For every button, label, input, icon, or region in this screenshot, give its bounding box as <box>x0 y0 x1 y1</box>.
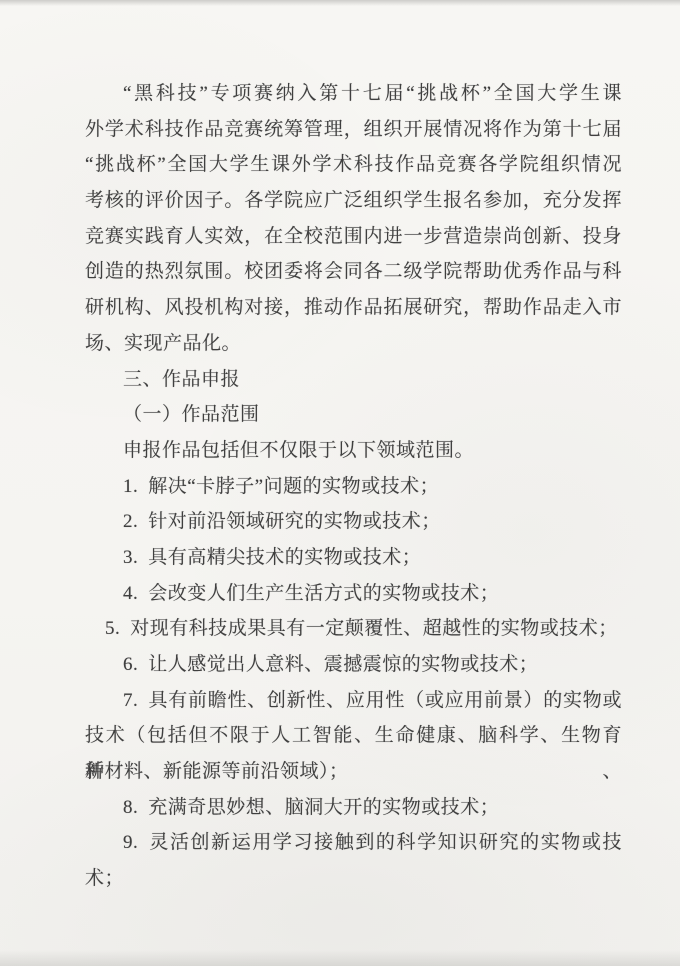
intro-paragraph-line: 外学术科技作品竞赛统筹管理，组织开展情况将作为第十七届 <box>85 112 622 148</box>
scanned-document-page: “黑科技”专项赛纳入第十七届“挑战杯”全国大学生课 外学术科技作品竞赛统筹管理，… <box>0 0 680 966</box>
list-item-1: 1. 解决“卡脖子”问题的实物或技术； <box>85 469 622 505</box>
intro-paragraph-line: “挑战杯”全国大学生课外学术科技作品竞赛各学院组织情况 <box>85 147 622 183</box>
scope-intro-line: 申报作品包括但不仅限于以下领域范围。 <box>85 433 622 469</box>
list-item-7-line-2: 技术（包括但不限于人工智能、生命健康、脑科学、生物育种、 <box>85 718 622 754</box>
intro-paragraph-line: 创造的热烈氛围。校团委将会同各二级学院帮助优秀作品与科 <box>85 254 622 290</box>
list-item-6: 6. 让人感觉出人意料、震撼震惊的实物或技术； <box>85 647 622 683</box>
list-item-8: 8. 充满奇思妙想、脑洞大开的实物或技术； <box>85 790 622 826</box>
intro-paragraph-line: “黑科技”专项赛纳入第十七届“挑战杯”全国大学生课 <box>85 76 622 112</box>
list-item-2: 2. 针对前沿领域研究的实物或技术； <box>85 504 622 540</box>
intro-paragraph-line: 研机构、风投机构对接，推动作品拓展研究，帮助作品走入市 <box>85 290 622 326</box>
intro-paragraph-line: 考核的评价因子。各学院应广泛组织学生报名参加，充分发挥 <box>85 183 622 219</box>
list-item-3: 3. 具有高精尖技术的实物或技术； <box>85 540 622 576</box>
section-heading: 三、作品申报 <box>85 362 622 398</box>
list-item-9-line-2: 术； <box>85 861 622 897</box>
list-item-4: 4. 会改变人们生产生活方式的实物或技术； <box>85 576 622 612</box>
document-text-block: “黑科技”专项赛纳入第十七届“挑战杯”全国大学生课 外学术科技作品竞赛统筹管理，… <box>85 76 622 897</box>
scan-edge-bottom <box>0 950 680 966</box>
list-item-7-line-1: 7. 具有前瞻性、创新性、应用性（或应用前景）的实物或 <box>85 683 622 719</box>
list-item-9-line-1: 9. 灵活创新运用学习接触到的科学知识研究的实物或技 <box>85 825 622 861</box>
list-item-5: 5. 对现有科技成果具有一定颠覆性、超越性的实物或技术； <box>85 611 622 647</box>
scan-edge-top <box>0 0 680 6</box>
subsection-heading: （一）作品范围 <box>85 397 622 433</box>
intro-paragraph-line: 场、实现产品化。 <box>85 326 622 362</box>
intro-paragraph-line: 竞赛实践育人实效，在全校范围内进一步营造崇尚创新、投身 <box>85 219 622 255</box>
